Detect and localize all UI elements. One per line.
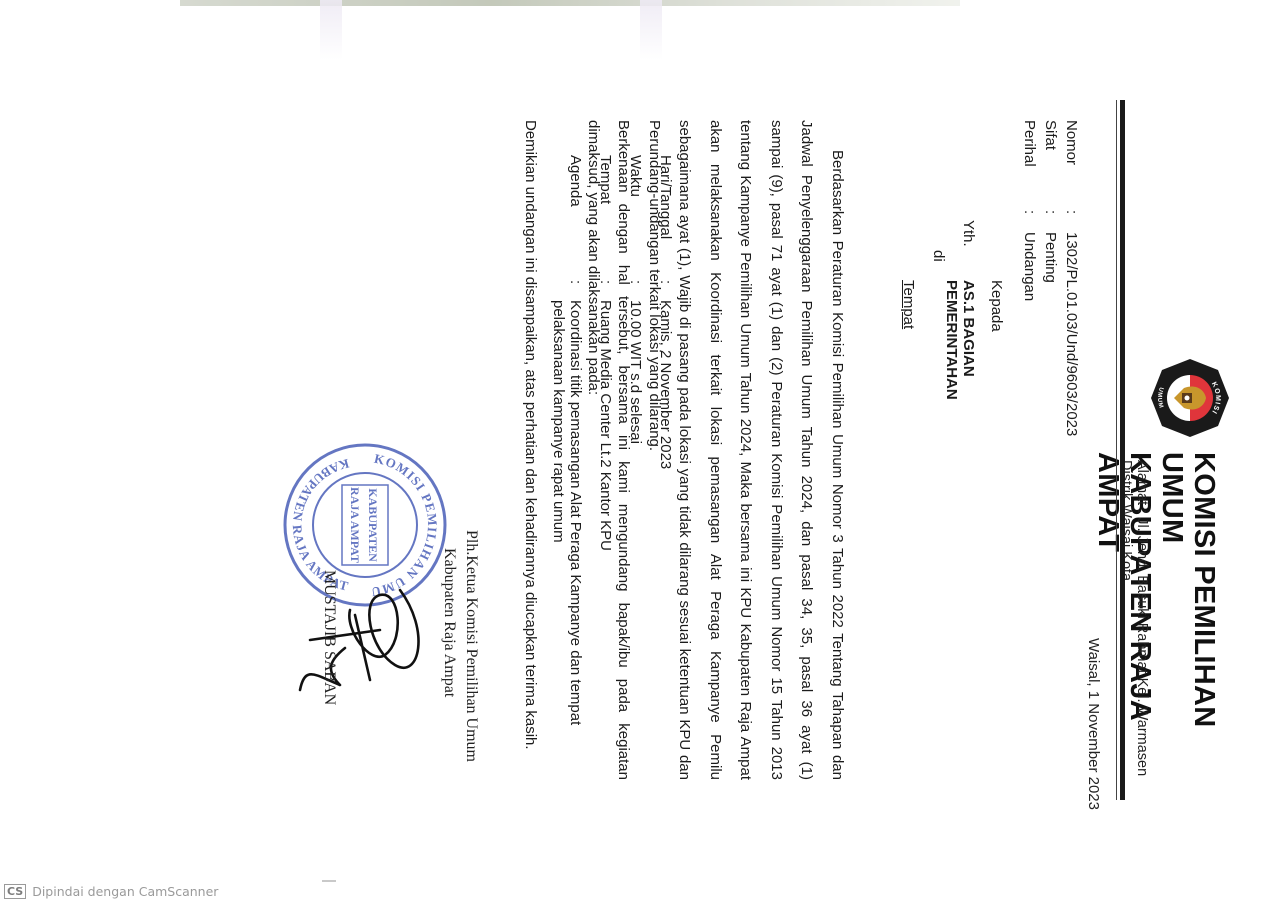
- reference-sep: :: [1021, 210, 1038, 214]
- detail-row-date: Hari/Tanggal : Kamis, 2 November 2023: [650, 155, 680, 775]
- reference-key: Perihal: [1021, 120, 1038, 167]
- detail-value: 10.00 WIT s.d selesai: [627, 300, 650, 775]
- signatory-title-line2: Kabupaten Raja Ampat: [440, 548, 458, 697]
- scan-shadow: [640, 0, 662, 60]
- recipient-place: Tempat: [900, 280, 917, 329]
- detail-row-time: Waktu : 10.00 WIT s.d selesai: [620, 155, 650, 775]
- letter-date: Waisal, 1 November 2023: [1085, 638, 1102, 810]
- reference-key: Nomor: [1063, 120, 1080, 165]
- handwritten-signature: [290, 570, 440, 700]
- detail-sep: :: [620, 280, 650, 284]
- detail-key: Tempat: [590, 155, 620, 204]
- camscanner-watermark: CS Dipindai dengan CamScanner: [4, 884, 218, 899]
- reference-sep: :: [1063, 210, 1080, 214]
- svg-text:RAJA AMPAT: RAJA AMPAT: [348, 487, 362, 563]
- detail-sep: :: [560, 280, 590, 284]
- detail-sep: :: [590, 280, 620, 284]
- recipient-name: AS.1 BAGIAN PEMERINTAHAN: [943, 280, 977, 400]
- event-details: Hari/Tanggal : Kamis, 2 November 2023 Wa…: [550, 155, 680, 775]
- watermark-text: Dipindai dengan CamScanner: [32, 884, 218, 899]
- recipient-di: di: [930, 250, 947, 262]
- reference-key: Sifat: [1042, 120, 1059, 150]
- reference-value: 1302/PL.01.03/Und/9603/2023: [1063, 232, 1080, 436]
- detail-row-agenda: Agenda : Koordinasi titik pemasangan Ala…: [550, 155, 590, 775]
- reference-value: Penting: [1042, 232, 1059, 283]
- signatory-name: MUSTAJIB SABAN: [320, 570, 338, 705]
- scan-shadow: [320, 0, 342, 60]
- detail-row-place: Tempat : Ruang Media Center Lt.2 Kantor …: [590, 155, 620, 775]
- scan-edge: [180, 0, 960, 6]
- detail-value: Ruang Media Center Lt.2 Kantor KPU: [597, 300, 620, 775]
- reference-sep: :: [1042, 210, 1059, 214]
- svg-text:KABUPATEN: KABUPATEN: [366, 488, 380, 562]
- detail-key: Hari/Tanggal: [650, 155, 680, 239]
- letterhead-divider-thin: [1116, 100, 1117, 800]
- scan-mark: [322, 880, 336, 882]
- letter-page: KOMISI UMUM KOMISI PEMILIHAN UMUM KABUPA…: [240, 100, 1240, 800]
- recipient-salutation: Yth.: [960, 220, 977, 247]
- detail-sep: :: [650, 280, 680, 284]
- org-name-line1: KOMISI PEMILIHAN UMUM: [1156, 452, 1220, 800]
- organization-name: KOMISI PEMILIHAN UMUM KABUPATEN RAJA AMP…: [1092, 452, 1220, 800]
- detail-value: Kamis, 2 November 2023: [657, 300, 680, 775]
- recipient-kepada: Kepada: [988, 280, 1005, 332]
- detail-value: Koordinasi titik pemasangan Alat Peraga …: [550, 300, 590, 775]
- letterhead-divider: [1120, 100, 1125, 800]
- reference-value: Undangan: [1021, 232, 1038, 301]
- camscanner-icon: CS: [4, 884, 26, 899]
- closing-paragraph: Demikian undangan ini disampaikan, atas …: [515, 120, 545, 780]
- detail-key: Waktu: [620, 155, 650, 197]
- signatory-title: Plh.Ketua Komisi Pemilihan Umum: [462, 530, 480, 762]
- detail-key: Agenda: [560, 155, 590, 207]
- kpu-emblem-icon: KOMISI UMUM: [1150, 358, 1230, 438]
